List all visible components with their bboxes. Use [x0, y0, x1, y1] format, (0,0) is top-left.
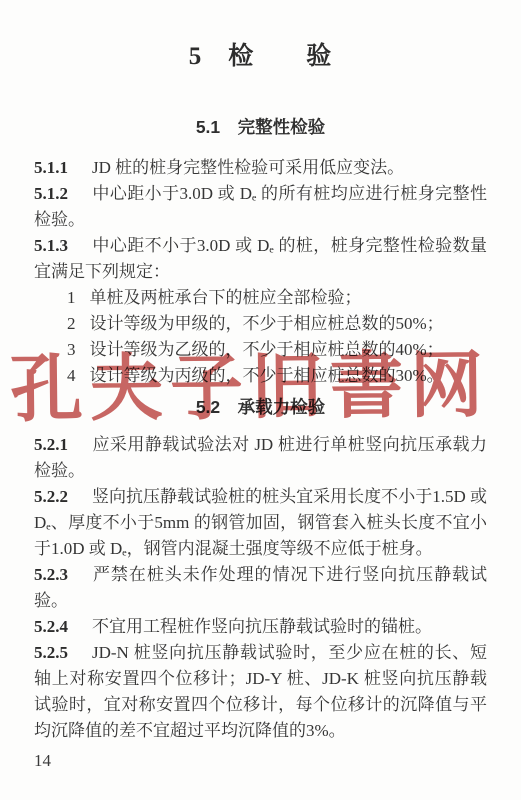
list-item-number: 4: [67, 366, 76, 385]
list-item-2: 2设计等级为甲级的，不少于相应桩总数的50%；: [34, 311, 487, 337]
list-item-number: 2: [67, 314, 76, 333]
clause-text: JD-N 桩竖向抗压静载试验时，至少应在桩的长、短轴上对称安置四个位移计；JD-…: [34, 643, 487, 740]
page-number: 14: [34, 751, 51, 771]
clause-5-1-1: 5.1.1JD 桩的桩身完整性检验可采用低应变法。: [34, 155, 487, 181]
clause-text: 中心距不小于3.0D 或 Dₑ 的桩，桩身完整性检验数量宜满足下列规定：: [34, 236, 487, 281]
clause-number: 5.2.3: [34, 565, 68, 584]
list-item-text: 设计等级为乙级的，不少于相应桩总数的40%；: [90, 340, 444, 359]
clause-number: 5.1.1: [34, 158, 68, 177]
clause-number: 5.2.5: [34, 643, 68, 662]
clause-5-2-1: 5.2.1应采用静载试验法对 JD 桩进行单桩竖向抗压承载力检验。: [34, 432, 487, 484]
list-item-4: 4设计等级为丙级的，不少于相应桩总数的30%。: [34, 363, 487, 389]
clause-text: 不宜用工程桩作竖向抗压静载试验时的锚桩。: [92, 617, 432, 636]
clause-text: 应采用静载试验法对 JD 桩进行单桩竖向抗压承载力检验。: [34, 435, 487, 480]
clause-5-1-3: 5.1.3中心距不小于3.0D 或 Dₑ 的桩，桩身完整性检验数量宜满足下列规定…: [34, 233, 487, 285]
clause-text: JD 桩的桩身完整性检验可采用低应变法。: [92, 158, 404, 177]
list-item-3: 3设计等级为乙级的，不少于相应桩总数的40%；: [34, 337, 487, 363]
list-item-text: 设计等级为丙级的，不少于相应桩总数的30%。: [90, 366, 444, 385]
list-item-number: 3: [67, 340, 76, 359]
clause-number: 5.1.2: [34, 184, 68, 203]
clause-text: 严禁在桩头未作处理的情况下进行竖向抗压静载试验。: [34, 565, 487, 610]
document-page: 5 检 验 5.1 完整性检验 5.1.1JD 桩的桩身完整性检验可采用低应变法…: [0, 0, 521, 800]
clause-5-2-3: 5.2.3严禁在桩头未作处理的情况下进行竖向抗压静载试验。: [34, 562, 487, 614]
list-item-text: 设计等级为甲级的，不少于相应桩总数的50%；: [90, 314, 444, 333]
list-item-number: 1: [67, 288, 76, 307]
chapter-title: 5 检 验: [34, 36, 487, 72]
clause-number: 5.2.2: [34, 487, 68, 506]
section-heading-5-2: 5.2 承载力检验: [34, 394, 487, 419]
clause-number: 5.1.3: [34, 236, 68, 255]
clause-number: 5.2.4: [34, 617, 68, 636]
clause-5-2-2: 5.2.2竖向抗压静载试验桩的桩头宜采用长度不小于1.5D 或 Dₑ、厚度不小于…: [34, 484, 487, 562]
clause-number: 5.2.1: [34, 435, 68, 454]
clause-text: 竖向抗压静载试验桩的桩头宜采用长度不小于1.5D 或 Dₑ、厚度不小于5mm 的…: [34, 487, 487, 558]
clause-text: 中心距小于3.0D 或 Dₑ 的所有桩均应进行桩身完整性检验。: [34, 184, 487, 229]
section-heading-5-1: 5.1 完整性检验: [34, 114, 487, 139]
clause-5-1-2: 5.1.2中心距小于3.0D 或 Dₑ 的所有桩均应进行桩身完整性检验。: [34, 181, 487, 233]
list-item-text: 单桩及两桩承台下的桩应全部检验；: [90, 288, 362, 307]
clause-5-2-5: 5.2.5JD-N 桩竖向抗压静载试验时，至少应在桩的长、短轴上对称安置四个位移…: [34, 640, 487, 744]
list-item-1: 1单桩及两桩承台下的桩应全部检验；: [34, 285, 487, 311]
clause-5-2-4: 5.2.4不宜用工程桩作竖向抗压静载试验时的锚桩。: [34, 614, 487, 640]
